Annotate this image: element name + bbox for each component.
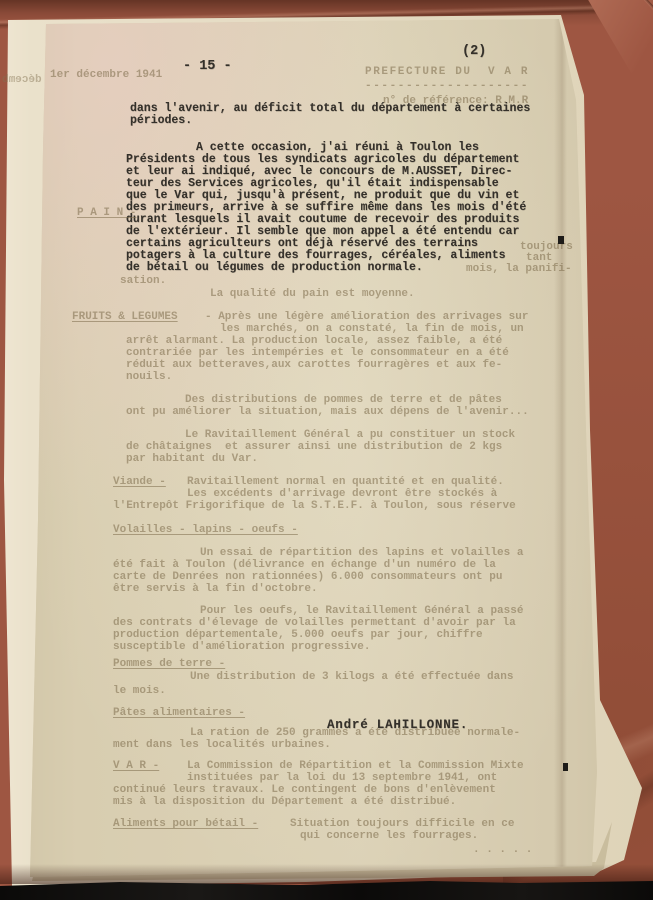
ghost-line: être servis à la fin d'octobre.: [113, 583, 318, 595]
ink-speck: [563, 763, 568, 771]
ghost-heading-volailles: Volailles - lapins - oeufs -: [113, 524, 298, 536]
ghost-fragment: mois, la panifi-: [466, 263, 572, 275]
ghost-line: par habitant du Var.: [126, 453, 258, 465]
ghost-line: arrêt alarmant. La production locale, as…: [126, 335, 502, 347]
ghost-line: Pour les oeufs, le Ravitaillement Généra…: [200, 605, 523, 617]
ghost-line: réduit aux betteraves,aux carottes fourr…: [126, 359, 502, 371]
ghost-heading-viande: Viande -: [113, 476, 166, 488]
ghost-line: La qualité du pain est moyenne.: [210, 288, 415, 300]
body-line: de bétail ou légumes de production norma…: [126, 261, 423, 274]
ghost-line: qui concerne les fourrages.: [300, 830, 478, 842]
photo-bottom-shadow: [0, 864, 653, 884]
ghost-line: Un essai de répartition des lapins et vo…: [200, 547, 523, 559]
ghost-line: des contrats d'élevage de volailles perm…: [113, 617, 516, 629]
ghost-line: - Après une légère amélioration des arri…: [205, 311, 528, 323]
ghost-line: mis à la disposition du Département a ét…: [113, 796, 456, 808]
ghost-line: les marchés, on a constaté, la fin de mo…: [220, 323, 524, 335]
ghost-line: instituées par la loi du 13 septembre 19…: [187, 772, 497, 784]
ghost-heading-pommes: Pommes de terre -: [113, 658, 225, 670]
ghost-line: carte de Denrées non rationnées) 6.000 c…: [113, 571, 502, 583]
ghost-line: Une distribution de 3 kilogs a été effec…: [190, 671, 513, 683]
ghost-line: contrariée par les intempéries et le con…: [126, 347, 509, 359]
ghost-line: ment dans les localités urbaines.: [113, 739, 331, 751]
page-number: - 15 -: [183, 59, 232, 74]
ghost-heading-pain: P A I N -: [77, 207, 136, 219]
ghost-margin-mirrored: décemb: [2, 74, 42, 86]
ghost-line: ont pu améliorer la situation, mais aux …: [126, 406, 529, 418]
ghost-heading-betail: Aliments pour bétail -: [113, 818, 258, 830]
ghost-line: susceptible d'amélioration progressive.: [113, 641, 370, 653]
ghost-line: nouils.: [126, 371, 172, 383]
ghost-line: l'Entrepôt Frigorifique de la S.T.E.F. à…: [113, 500, 516, 512]
ghost-fragment: sation.: [120, 275, 166, 287]
ghost-heading-fruits: FRUITS & LEGUMES: [72, 311, 178, 323]
ghost-line: Ravitaillement normal en quantité et en …: [187, 476, 504, 488]
ghost-heading-pates: Pâtes alimentaires -: [113, 707, 245, 719]
ghost-line: Les excédents d'arrivage devront être st…: [187, 488, 497, 500]
ghost-letterhead-rule: --------------------: [365, 80, 529, 92]
ink-speck: [558, 236, 564, 244]
ghost-line: été fait à Toulon (délivrance en échange…: [113, 559, 496, 571]
ghost-line: Le Ravitaillement Général a pu constitue…: [185, 429, 515, 441]
document-photo: (2)- 15 -décemb1er décembre 1941PREFECTU…: [0, 0, 653, 900]
ghost-letterhead: PREFECTURE DU V A R: [365, 66, 529, 78]
ghost-line: Situation toujours difficile en ce: [290, 818, 514, 830]
ghost-line: de châtaignes et assurer ainsi une distr…: [126, 441, 502, 453]
ghost-line: le mois.: [113, 685, 166, 697]
ghost-line: . . . . .: [473, 844, 532, 856]
body-line: périodes.: [130, 114, 192, 127]
typed-text-layer: (2)- 15 -décemb1er décembre 1941PREFECTU…: [0, 0, 653, 900]
ghost-line: continué leurs travaux. Le contingent de…: [113, 784, 496, 796]
ghost-date: 1er décembre 1941: [50, 69, 162, 81]
ghost-line: production départementale, 5.000 oeufs p…: [113, 629, 483, 641]
ghost-line: Des distributions de pommes de terre et …: [185, 394, 502, 406]
ghost-line: La Commission de Répartition et la Commi…: [187, 760, 524, 772]
ghost-heading-var: V A R -: [113, 760, 159, 772]
ghost-line: La ration de 250 grammes a été distribué…: [190, 727, 520, 739]
page-marker: (2): [462, 44, 486, 59]
